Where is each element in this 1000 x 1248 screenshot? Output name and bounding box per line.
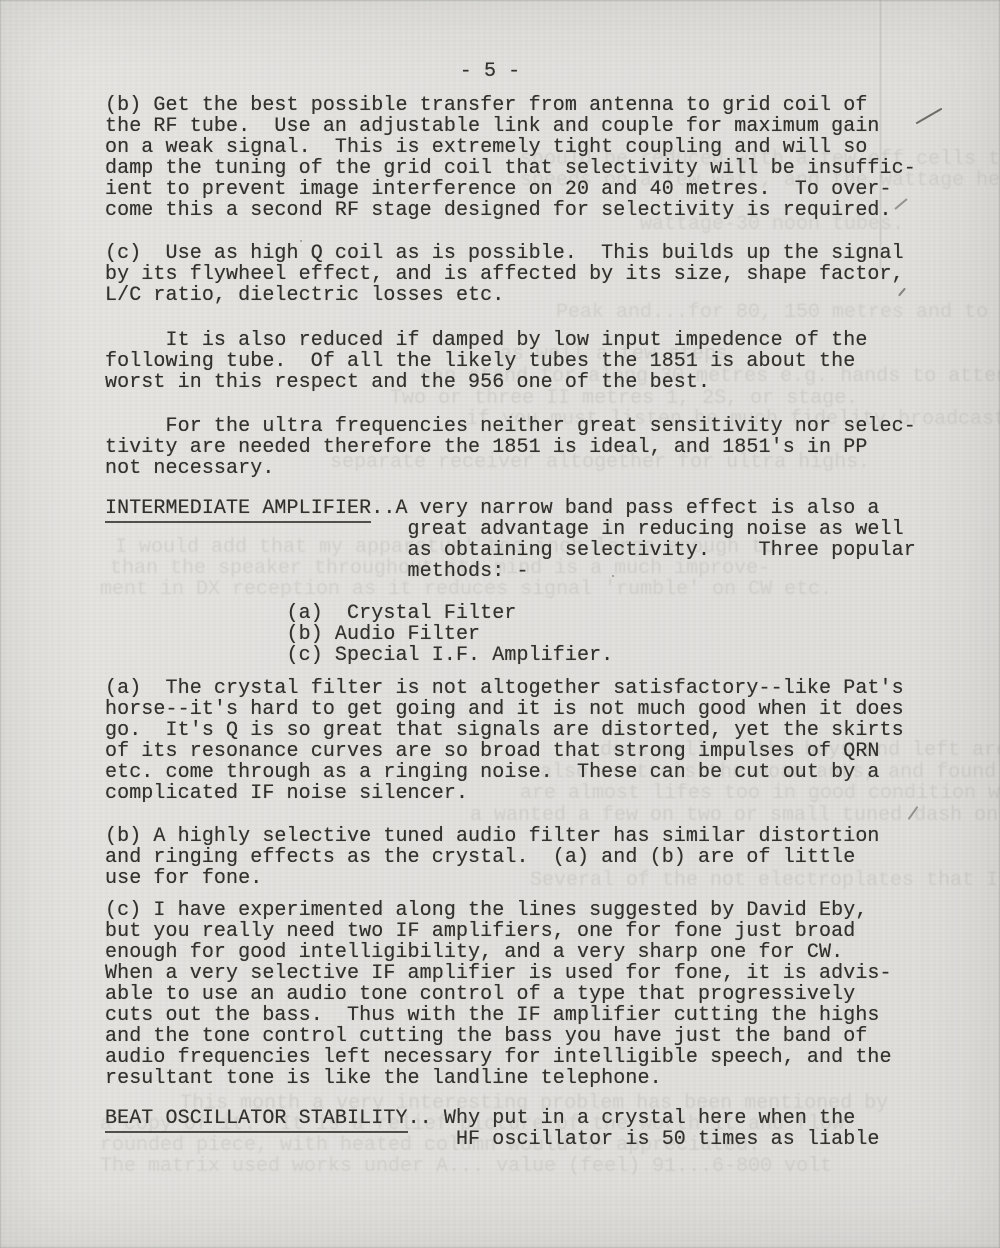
paragraph-audio-filter: (b) A highly selective tuned audio filte… <box>105 826 880 889</box>
bleedthrough-text: a wanted a few on two or small tuned das… <box>470 805 1000 826</box>
page-number: - 5 - <box>0 61 980 82</box>
section-beat-oscillator: BEAT OSCILLATOR STABILITY.. Why put in a… <box>105 1108 880 1150</box>
scanned-document-page: should be reduced with a few off cells t… <box>0 0 1000 1248</box>
paragraph-high-q-coil: (c) Use as high Q coil as is possible. T… <box>105 243 904 306</box>
list-filter-methods: (a) Crystal Filter (b) Audio Filter (c) … <box>105 603 613 666</box>
paragraph-crystal-filter: (a) The crystal filter is not altogether… <box>105 678 904 804</box>
section-intermediate-amplifier: INTERMEDIATE AMPLIFIER..A very narrow ba… <box>105 498 916 582</box>
pen-mark <box>916 108 943 125</box>
paragraph-ultra-frequencies: For the ultra frequencies neither great … <box>105 416 916 479</box>
pen-mark <box>908 806 919 820</box>
paragraph-if-experiments: (c) I have experimented along the lines … <box>105 900 892 1089</box>
paragraph-antenna-transfer: (b) Get the best possible transfer from … <box>105 95 916 221</box>
bleedthrough-text: The matrix used works under A... value (… <box>100 1156 832 1177</box>
paragraph-input-impedence: It is also reduced if damped by low inpu… <box>105 330 867 393</box>
